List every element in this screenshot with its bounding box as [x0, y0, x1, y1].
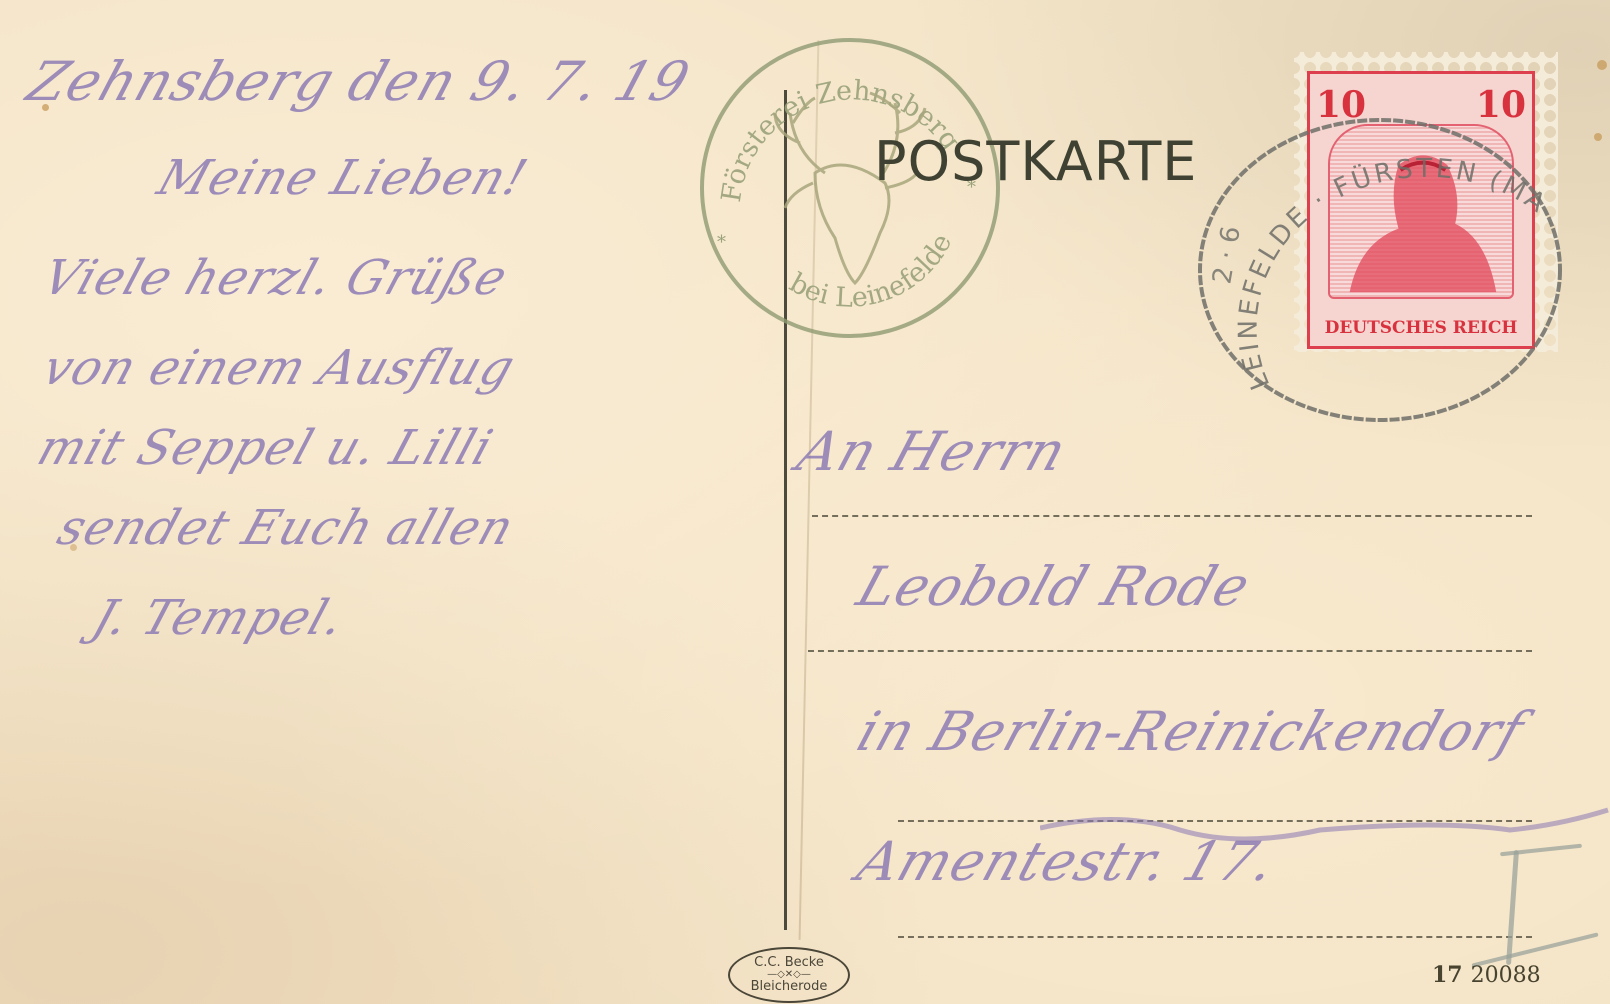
message-line: Viele herzl. Grüße: [36, 250, 515, 306]
svg-text:LEINEFELDE · FÜRSTEN (MARK): LEINEFELDE · FÜRSTEN (MARK): [1190, 95, 1553, 394]
publisher-name: C.C. Becke: [730, 955, 848, 970]
address-rule: [808, 650, 1532, 652]
message-line: von einem Ausflug: [36, 340, 522, 396]
message-signature: J. Tempel.: [86, 590, 352, 646]
forestry-stamp-bottom-text: bei Leinefelde: [784, 229, 958, 314]
postmark: LEINEFELDE · FÜRSTEN (MARK) 2 · 6: [1190, 95, 1570, 425]
pencil-mark: [1506, 850, 1519, 965]
address-line: An Herrn: [790, 420, 1075, 483]
postmark-text: LEINEFELDE · FÜRSTEN (MARK): [1190, 95, 1553, 394]
stain: [1597, 60, 1607, 70]
postcard-back: Zehnsberg den 9. 7. 19 Meine Lieben! Vie…: [0, 0, 1610, 1004]
serial-number: 1720088: [1432, 962, 1541, 988]
message-line: Zehnsberg den 9. 7. 19: [20, 50, 698, 113]
card-title: POSTKARTE: [874, 130, 1197, 193]
message-line: Meine Lieben!: [151, 150, 535, 206]
message-line: sendet Euch allen: [51, 500, 521, 556]
message-line: mit Seppel u. Lilli: [31, 420, 500, 476]
publisher-ornament: —◇✕◇—: [730, 970, 848, 979]
address-rule: [898, 936, 1532, 938]
address-line: in Berlin-Reinickendorf: [850, 700, 1532, 763]
stain: [1594, 133, 1602, 141]
address-rule: [812, 515, 1532, 517]
serial-series: 17: [1432, 962, 1463, 988]
serial-number-value: 20088: [1471, 963, 1541, 988]
svg-text:bei Leinefelde: bei Leinefelde: [784, 229, 958, 314]
svg-text:*: *: [717, 232, 726, 253]
publisher-city: Bleicherode: [730, 979, 848, 994]
address-line: Leobold Rode: [850, 555, 1259, 618]
publisher-logo: C.C. Becke —◇✕◇— Bleicherode: [728, 947, 850, 1003]
postmark-date: 2 · 6: [1207, 224, 1247, 286]
